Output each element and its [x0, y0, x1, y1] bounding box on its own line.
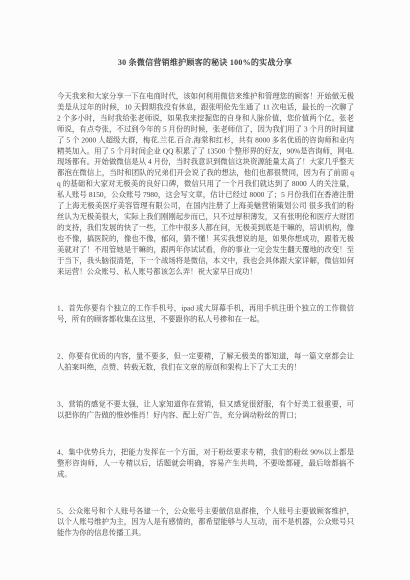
- tip-item-5: 5、公众账号和个人账号各建一个，公众账号主要做信息群推，个人账号主要做顾客维护，…: [57, 506, 354, 539]
- document-title: 30 条微信营销维护顾客的秘诀 100%的实战分享: [0, 56, 410, 68]
- tip-item-3: 3、营销的感觉不要太强，让人家知道你在营销，但又感觉很舒服，有个好美工很重要，可…: [57, 400, 354, 422]
- intro-paragraph: 今天我来和大家分享一下在电商时代，该如何利用微信来维护和管理您的顾客！开始做无极…: [57, 92, 354, 278]
- document-body: 今天我来和大家分享一下在电商时代，该如何利用微信来维护和管理您的顾客！开始做无极…: [57, 92, 354, 566]
- tip-item-2: 2、你要有优质的内容，量不要多，但一定要精，了解无极美的都知道，每一篇文章都会让…: [57, 352, 354, 374]
- tip-item-1: 1、首先你要有个独立的工作手机号，ipad 或大屏幕手机，再用手机注册个独立的工…: [57, 304, 354, 326]
- tip-item-4: 4、集中优势兵力，把能力发挥在一个方面，对于粉丝要求专精，我们的粉丝 90%以上…: [57, 447, 354, 480]
- document-page: 30 条微信营销维护顾客的秘诀 100%的实战分享 今天我来和大家分享一下在电商…: [0, 0, 410, 580]
